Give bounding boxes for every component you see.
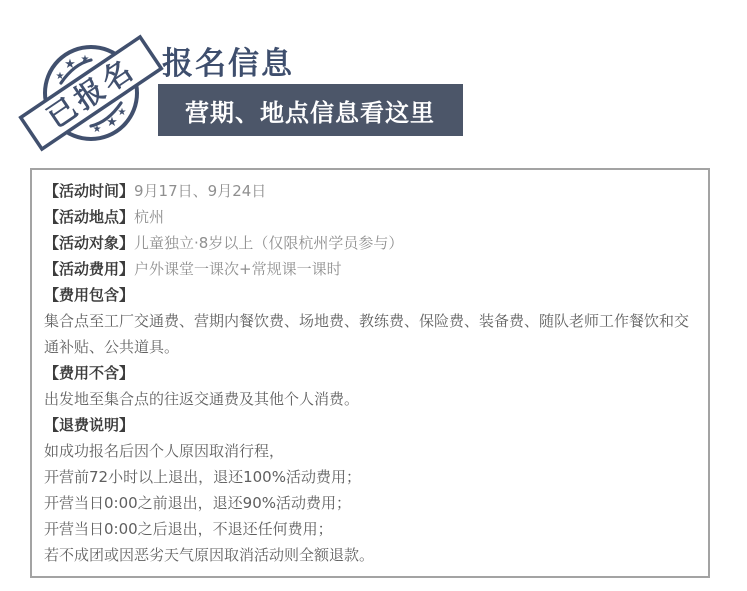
line-label: 【费用包含】 bbox=[44, 286, 134, 304]
info-box: 【活动时间】9月17日、9月24日【活动地点】杭州【活动对象】儿童独立·8岁以上… bbox=[30, 168, 710, 578]
info-line: 集合点至工厂交通费、营期内餐饮费、场地费、教练费、保险费、装备费、随队老师工作餐… bbox=[44, 308, 696, 360]
section-banner: 营期、地点信息看这里 bbox=[158, 84, 463, 136]
line-label: 【退费说明】 bbox=[44, 416, 134, 434]
line-text: 9月17日、9月24日 bbox=[134, 182, 266, 200]
line-text: 开营当日0:00之前退出，退还90%活动费用； bbox=[44, 494, 351, 512]
info-line: 【退费说明】 bbox=[44, 412, 696, 438]
info-line: 开营当日0:00之后退出，不退还任何费用； bbox=[44, 516, 696, 542]
line-text: 集合点至工厂交通费、营期内餐饮费、场地费、教练费、保险费、装备费、随队老师工作餐… bbox=[44, 312, 689, 356]
info-line: 【活动对象】儿童独立·8岁以上（仅限杭州学员参与） bbox=[44, 230, 696, 256]
info-line: 如成功报名后因个人原因取消行程， bbox=[44, 438, 696, 464]
svg-text:★: ★ bbox=[93, 124, 102, 135]
svg-text:★: ★ bbox=[64, 57, 76, 72]
info-line: 【费用不含】 bbox=[44, 360, 696, 386]
stamp-graphic: ★ ★ ★ ★ ★ ★ 已报名 bbox=[26, 30, 162, 152]
line-label: 【费用不含】 bbox=[44, 364, 134, 382]
line-text: 出发地至集合点的往返交通费及其他个人消费。 bbox=[44, 390, 359, 408]
info-line: 【活动地点】杭州 bbox=[44, 204, 696, 230]
registered-stamp: ★ ★ ★ ★ ★ ★ 已报名 bbox=[26, 30, 162, 152]
info-line: 出发地至集合点的往返交通费及其他个人消费。 bbox=[44, 386, 696, 412]
line-text: 开营前72小时以上退出，退还100%活动费用； bbox=[44, 468, 361, 486]
svg-text:★: ★ bbox=[81, 54, 90, 65]
info-line: 【活动费用】户外课堂一课次+常规课一课时 bbox=[44, 256, 696, 282]
page: ★ ★ ★ ★ ★ ★ 已报名 报名信息 营期、地点信息看这里 【活动时间】9月… bbox=[0, 0, 747, 591]
line-label: 【活动对象】 bbox=[44, 234, 134, 252]
line-text: 开营当日0:00之后退出，不退还任何费用； bbox=[44, 520, 333, 538]
banner-text: 营期、地点信息看这里 bbox=[185, 93, 435, 128]
line-text: 杭州 bbox=[134, 208, 164, 226]
line-label: 【活动时间】 bbox=[44, 182, 134, 200]
info-line: 【费用包含】 bbox=[44, 282, 696, 308]
svg-text:★: ★ bbox=[106, 115, 118, 130]
info-line: 若不成团或因恶劣天气原因取消活动则全额退款。 bbox=[44, 542, 696, 568]
info-line: 开营当日0:00之前退出，退还90%活动费用； bbox=[44, 490, 696, 516]
line-text: 如成功报名后因个人原因取消行程， bbox=[44, 442, 284, 460]
svg-text:★: ★ bbox=[118, 107, 127, 118]
page-title: 报名信息 bbox=[162, 38, 294, 83]
line-label: 【活动地点】 bbox=[44, 208, 134, 226]
line-text: 户外课堂一课次+常规课一课时 bbox=[134, 260, 342, 278]
svg-text:★: ★ bbox=[56, 71, 65, 82]
info-line: 开营前72小时以上退出，退还100%活动费用； bbox=[44, 464, 696, 490]
line-label: 【活动费用】 bbox=[44, 260, 134, 278]
info-line: 【活动时间】9月17日、9月24日 bbox=[44, 178, 696, 204]
line-text: 儿童独立·8岁以上（仅限杭州学员参与） bbox=[134, 234, 403, 252]
line-text: 若不成团或因恶劣天气原因取消活动则全额退款。 bbox=[44, 546, 374, 564]
